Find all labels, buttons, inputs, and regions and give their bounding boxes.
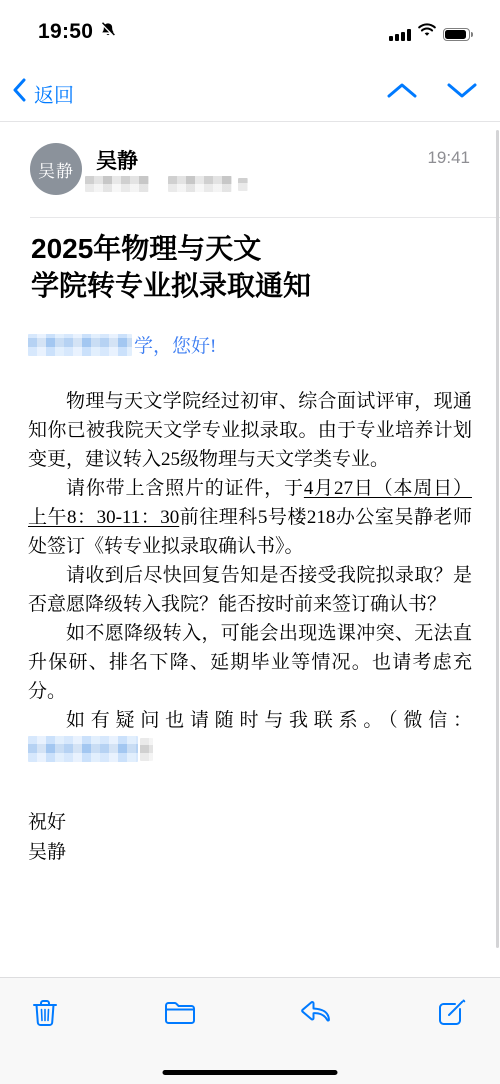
message-view: 吴静 吴静 19:41 2025年物理与天文 学院转专业拟录取通知 学，您好! … <box>0 123 500 977</box>
compose-icon <box>436 998 466 1028</box>
next-message-button[interactable] <box>446 82 478 104</box>
reply-icon <box>300 999 332 1027</box>
compose-button[interactable] <box>434 996 468 1030</box>
signature-line-2: 吴静 <box>28 842 66 863</box>
folder-icon <box>164 1000 196 1026</box>
body-paragraph-1: 物理与天文学院经过初审、综合面试评审，现通知你已被我院天文学专业拟录取。由于专业… <box>28 387 472 474</box>
body-paragraph-5: 如有疑问也请随时与我联系。（微信： <box>28 706 472 764</box>
greeting-line: 学，您好! <box>28 332 472 361</box>
body-paragraph-4: 如不愿降级转入，可能会出现选课冲突、无法直升保研、排名下降、延期毕业等情况。也请… <box>28 619 472 706</box>
redacted-sender-address <box>85 176 149 192</box>
subject-line-1: 2025年物理与天文 <box>31 230 470 267</box>
reply-button[interactable] <box>299 996 333 1030</box>
redacted-wechat-id <box>28 736 138 762</box>
scroll-indicator[interactable] <box>496 130 499 948</box>
previous-message-button[interactable] <box>386 82 418 104</box>
body-paragraph-3: 请收到后尽快回复告知是否接受我院拟录取？是否意愿降级转入我院？能否按时前来签订确… <box>28 561 472 619</box>
redacted-wechat-id-tail <box>140 738 153 761</box>
trash-icon <box>31 998 59 1028</box>
redacted-recipient-name <box>28 334 132 356</box>
sender-name[interactable]: 吴静 <box>96 145 138 175</box>
message-subject: 2025年物理与天文 学院转专业拟录取通知 <box>31 230 470 304</box>
mail-app-screen: 19:50 <box>0 0 500 1084</box>
back-button[interactable]: 返回 <box>12 78 74 108</box>
received-time: 19:41 <box>427 148 470 168</box>
message-body: 学，您好! 物理与天文学院经过初审、综合面试评审，现通知你已被我院天文学专业拟录… <box>28 332 472 868</box>
delete-button[interactable] <box>28 996 62 1030</box>
message-header[interactable]: 吴静 吴静 19:41 <box>0 123 500 217</box>
move-to-folder-button[interactable] <box>163 996 197 1030</box>
battery-icon <box>443 28 470 41</box>
signature-block: 祝好 吴静 <box>28 808 472 868</box>
header-divider <box>30 217 500 218</box>
home-indicator[interactable] <box>163 1070 338 1075</box>
nav-bar: 返回 <box>0 54 500 122</box>
subject-line-2: 学院转专业拟录取通知 <box>31 267 470 304</box>
chevron-left-icon <box>12 78 26 108</box>
paragraph-2-prefix: 请你带上含照片的证件，于 <box>66 478 304 499</box>
paragraph-5-prefix: 如有疑问也请随时与我联系。（微信： <box>66 710 472 731</box>
redacted-sender-address <box>168 176 232 192</box>
redacted-sender-address <box>238 178 248 191</box>
signature-line-1: 祝好 <box>28 812 66 833</box>
cellular-signal-icon <box>389 29 411 41</box>
back-button-label: 返回 <box>34 79 74 108</box>
sender-avatar[interactable]: 吴静 <box>30 143 82 195</box>
chevron-down-icon <box>446 82 478 99</box>
status-bar: 19:50 <box>0 0 500 54</box>
wifi-icon <box>418 23 436 41</box>
chevron-up-icon <box>386 82 418 99</box>
body-paragraph-2: 请你带上含照片的证件，于4月27日（本周日）上午8：30-11：30前往理科5号… <box>28 474 472 561</box>
bell-slash-icon <box>99 21 117 44</box>
clock: 19:50 <box>38 20 93 44</box>
greeting-text: 学，您好! <box>134 336 216 357</box>
bottom-toolbar <box>0 977 500 1084</box>
